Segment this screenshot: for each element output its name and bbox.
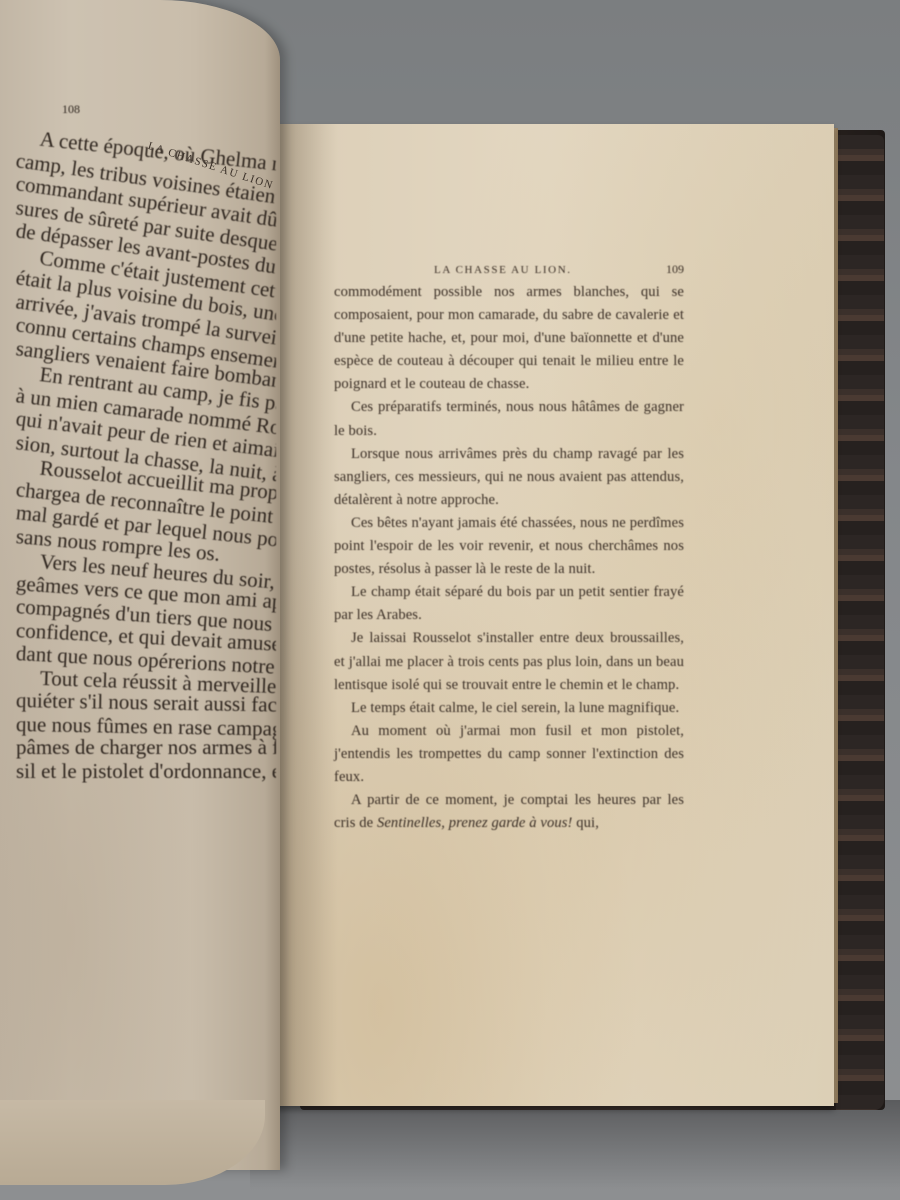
paragraph: commodément possible nos armes blanches,… xyxy=(334,281,684,396)
italic-phrase: Sentinelles, prenez garde à vous! xyxy=(377,815,573,831)
paragraph: Ces préparatifs terminés, nous nous hâtâ… xyxy=(334,396,684,442)
page-number: 108 xyxy=(62,102,276,117)
paragraph: Le champ était séparé du bois par un pet… xyxy=(334,581,684,627)
running-head-title: LA CHASSE AU LION. xyxy=(434,264,572,276)
right-page: LA CHASSE AU LION. 109 commodément possi… xyxy=(268,124,834,1106)
paragraph: A partir de ce moment, je comptai les he… xyxy=(334,789,684,835)
paragraph: Lorsque nous arrivâmes près du champ rav… xyxy=(334,443,684,512)
paragraph-text: qui, xyxy=(573,815,599,831)
left-page-curl-bottom xyxy=(0,1100,265,1185)
book-cover-edge xyxy=(836,135,884,1110)
text-line: sil et le pistolet d'ordonnance, et d'ar… xyxy=(16,760,276,784)
left-page-curled: 108 A cette époque, où Ghelma n'était ca… xyxy=(0,0,280,1170)
paragraph: Au moment où j'armai mon fusil et mon pi… xyxy=(334,720,684,789)
left-page-text: 108 A cette époque, où Ghelma n'était ca… xyxy=(16,102,276,902)
running-head: LA CHASSE AU LION. 109 xyxy=(334,262,684,277)
table-shadow xyxy=(250,1100,900,1200)
page-number: 109 xyxy=(666,262,684,277)
paragraph: Le temps était calme, le ciel serein, la… xyxy=(334,697,684,720)
paragraph: Ces bêtes n'ayant jamais été chassées, n… xyxy=(334,512,684,581)
paragraph: Je laissai Rousselot s'installer entre d… xyxy=(334,627,684,696)
right-page-text: LA CHASSE AU LION. 109 commodément possi… xyxy=(334,262,684,835)
text-line: pâmes de charger nos armes à feu, qui xyxy=(16,736,276,760)
